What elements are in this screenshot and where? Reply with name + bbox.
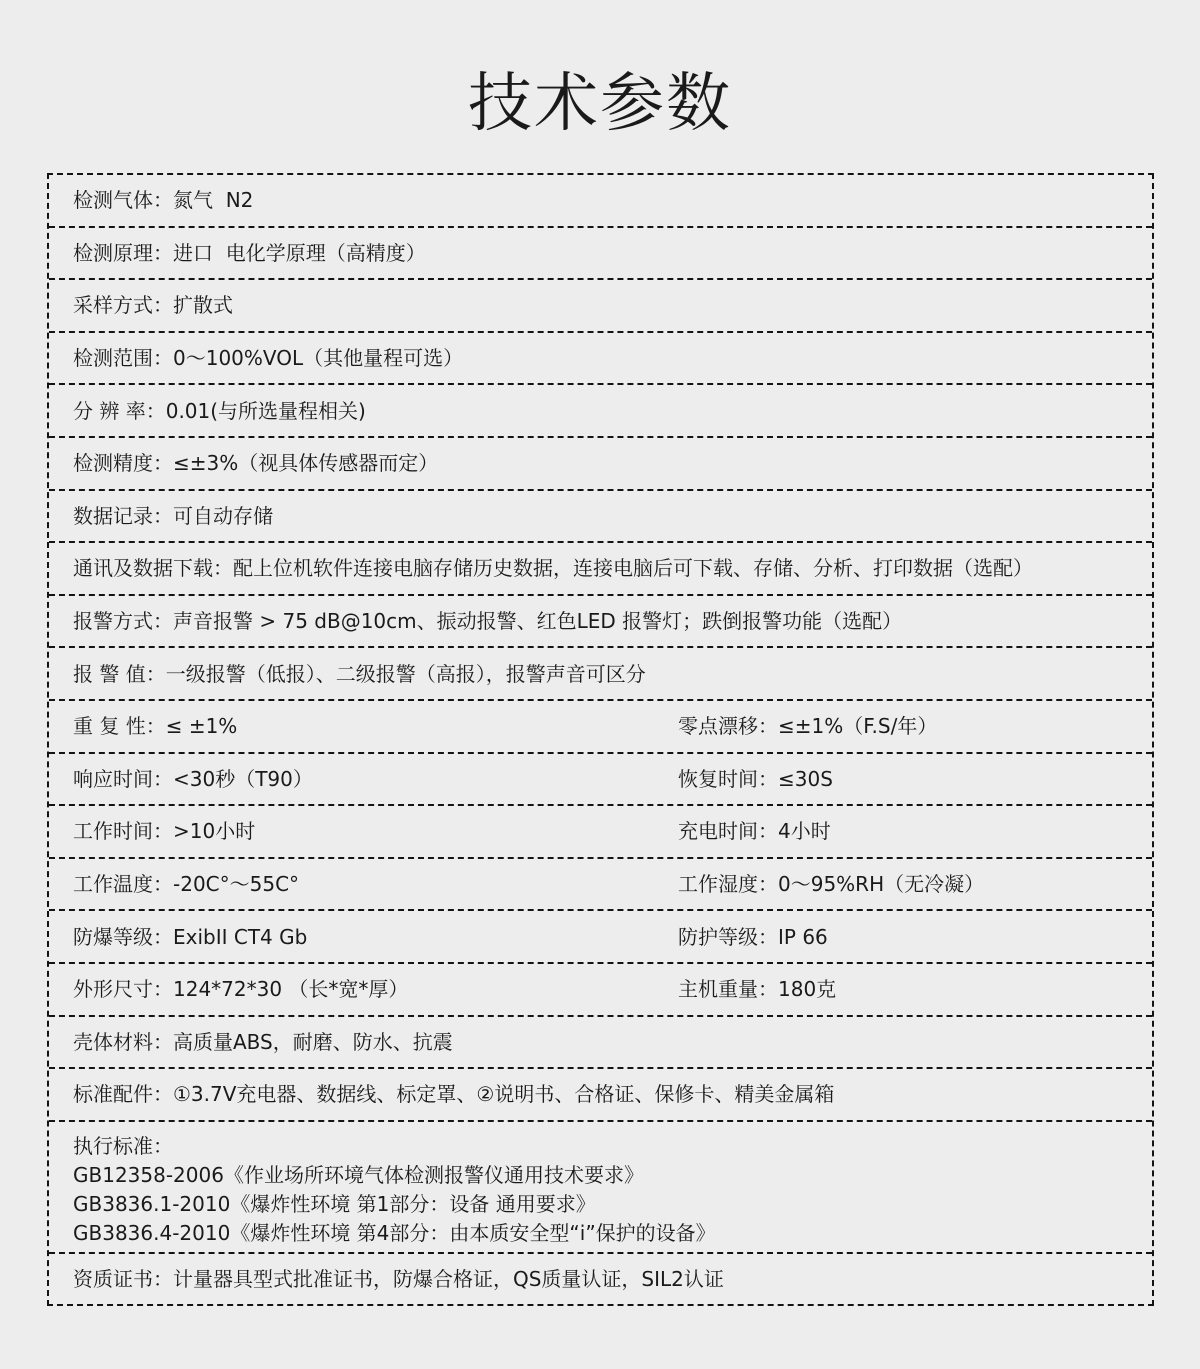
spec-cell-data-logging: 数据记录：可自动存储: [73, 506, 273, 526]
spec-cell-protection-rating: 防护等级：IP 66: [678, 927, 828, 947]
spec-cell-dimensions: 外形尺寸：124*72*30 （长*宽*厚）: [73, 979, 408, 999]
spec-cell-resolution: 分 辨 率：0.01(与所选量程相关): [73, 401, 366, 421]
spec-row-dimensions-weight: 外形尺寸：124*72*30 （长*宽*厚） 主机重量：180克: [49, 964, 1152, 1017]
spec-row-working-charging-time: 工作时间：>10小时 充电时间：4小时: [49, 806, 1152, 859]
spec-cell-accuracy: 检测精度：≤±3%（视具体传感器而定）: [73, 453, 438, 473]
spec-cell-working-temperature: 工作温度：-20C°～55C°: [73, 874, 299, 894]
spec-cell-certifications: 资质证书：计量器具型式批准证书，防爆合格证，QS质量认证，SIL2认证: [73, 1269, 724, 1289]
spec-cell-working-humidity: 工作湿度：0～95%RH（无冷凝）: [678, 874, 984, 894]
spec-cell-charging-time: 充电时间：4小时: [678, 821, 831, 841]
spec-cell-communication-download: 通讯及数据下载：配上位机软件连接电脑存储历史数据，连接电脑后可下载、存储、分析、…: [73, 558, 1033, 578]
spec-row-communication-download: 通讯及数据下载：配上位机软件连接电脑存储历史数据，连接电脑后可下载、存储、分析、…: [49, 543, 1152, 596]
executive-standard-gb3836-1: GB3836.1-2010《爆炸性环境 第1部分：设备 通用要求》: [73, 1190, 1152, 1219]
spec-row-resolution: 分 辨 率：0.01(与所选量程相关): [49, 385, 1152, 438]
spec-row-alarm-levels: 报 警 值：一级报警（低报）、二级报警（高报），报警声音可区分: [49, 648, 1152, 701]
spec-row-detect-gas: 检测气体：氮气 N2: [49, 175, 1152, 228]
executive-standards-heading: 执行标准：: [73, 1132, 1152, 1161]
spec-cell-repeatability: 重 复 性：≤ ±1%: [73, 716, 237, 736]
spec-row-response-recovery-time: 响应时间：<30秒（T90） 恢复时间：≤30S: [49, 754, 1152, 807]
spec-row-explosion-protection-rating: 防爆等级：ExibII CT4 Gb 防护等级：IP 66: [49, 911, 1152, 964]
spec-row-housing-material: 壳体材料：高质量ABS，耐磨、防水、抗震: [49, 1017, 1152, 1070]
spec-cell-detect-range: 检测范围：0～100%VOL（其他量程可选）: [73, 348, 463, 368]
spec-row-standard-accessories: 标准配件：①3.7V充电器、数据线、标定罩、②说明书、合格证、保修卡、精美金属箱: [49, 1069, 1152, 1122]
spec-cell-detect-principle: 检测原理：进口 电化学原理（高精度）: [73, 243, 426, 263]
page-title: 技术参数: [0, 52, 1200, 144]
spec-cell-alarm-levels: 报 警 值：一级报警（低报）、二级报警（高报），报警声音可区分: [73, 664, 646, 684]
spec-table: 检测气体：氮气 N2 检测原理：进口 电化学原理（高精度） 采样方式：扩散式 检…: [47, 173, 1154, 1306]
spec-cell-recovery-time: 恢复时间：≤30S: [678, 769, 833, 789]
spec-cell-alarm-mode: 报警方式：声音报警 > 75 dB@10cm、振动报警、红色LED 报警灯；跌倒…: [73, 611, 902, 631]
spec-cell-explosion-proof-rating: 防爆等级：ExibII CT4 Gb: [73, 927, 307, 947]
spec-cell-weight: 主机重量：180克: [678, 979, 836, 999]
spec-cell-sampling-method: 采样方式：扩散式: [73, 295, 233, 315]
spec-cell-detect-gas: 检测气体：氮气 N2: [73, 190, 253, 210]
spec-row-sampling-method: 采样方式：扩散式: [49, 280, 1152, 333]
spec-row-certifications: 资质证书：计量器具型式批准证书，防爆合格证，QS质量认证，SIL2认证: [49, 1254, 1152, 1305]
spec-cell-zero-drift: 零点漂移：≤±1%（F.S/年）: [678, 716, 937, 736]
spec-row-executive-standards: 执行标准： GB12358-2006《作业场所环境气体检测报警仪通用技术要求》 …: [49, 1122, 1152, 1254]
spec-cell-standard-accessories: 标准配件：①3.7V充电器、数据线、标定罩、②说明书、合格证、保修卡、精美金属箱: [73, 1084, 834, 1104]
executive-standard-gb3836-4: GB3836.4-2010《爆炸性环境 第4部分：由本质安全型“i”保护的设备》: [73, 1219, 1152, 1248]
spec-cell-response-time: 响应时间：<30秒（T90）: [73, 769, 313, 789]
spec-row-temperature-humidity: 工作温度：-20C°～55C° 工作湿度：0～95%RH（无冷凝）: [49, 859, 1152, 912]
spec-cell-working-time: 工作时间：>10小时: [73, 821, 255, 841]
spec-row-data-logging: 数据记录：可自动存储: [49, 491, 1152, 544]
spec-row-detect-principle: 检测原理：进口 电化学原理（高精度）: [49, 228, 1152, 281]
spec-cell-housing-material: 壳体材料：高质量ABS，耐磨、防水、抗震: [73, 1032, 453, 1052]
executive-standards-list: 执行标准： GB12358-2006《作业场所环境气体检测报警仪通用技术要求》 …: [49, 1122, 1152, 1248]
spec-row-accuracy: 检测精度：≤±3%（视具体传感器而定）: [49, 438, 1152, 491]
spec-row-detect-range: 检测范围：0～100%VOL（其他量程可选）: [49, 333, 1152, 386]
spec-row-alarm-mode: 报警方式：声音报警 > 75 dB@10cm、振动报警、红色LED 报警灯；跌倒…: [49, 596, 1152, 649]
spec-row-repeatability-zero-drift: 重 复 性：≤ ±1% 零点漂移：≤±1%（F.S/年）: [49, 701, 1152, 754]
executive-standard-gb12358: GB12358-2006《作业场所环境气体检测报警仪通用技术要求》: [73, 1161, 1152, 1190]
